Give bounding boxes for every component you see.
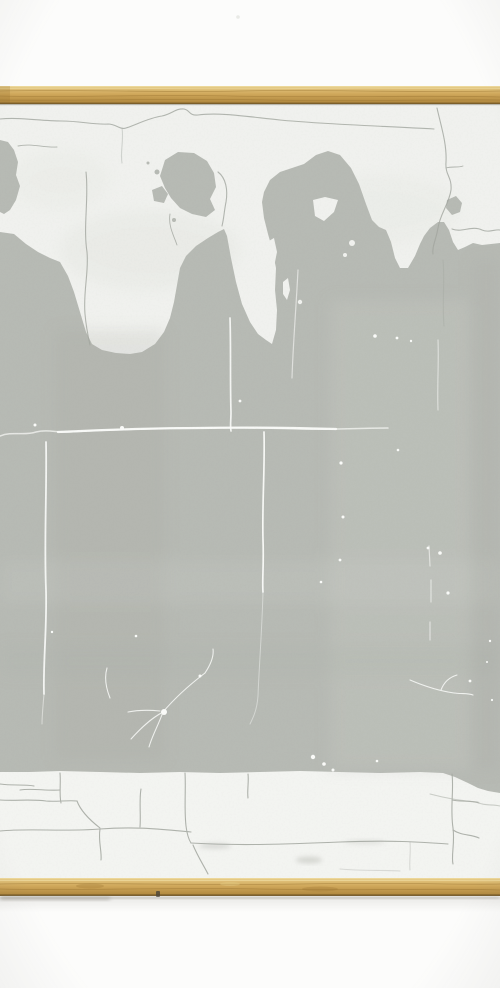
screenshot-root: Weathered abstract painting photographed… xyxy=(0,0,500,988)
artwork-photo: Weathered abstract painting photographed… xyxy=(0,0,500,988)
vignette xyxy=(0,0,500,988)
painting-svg xyxy=(0,0,500,988)
